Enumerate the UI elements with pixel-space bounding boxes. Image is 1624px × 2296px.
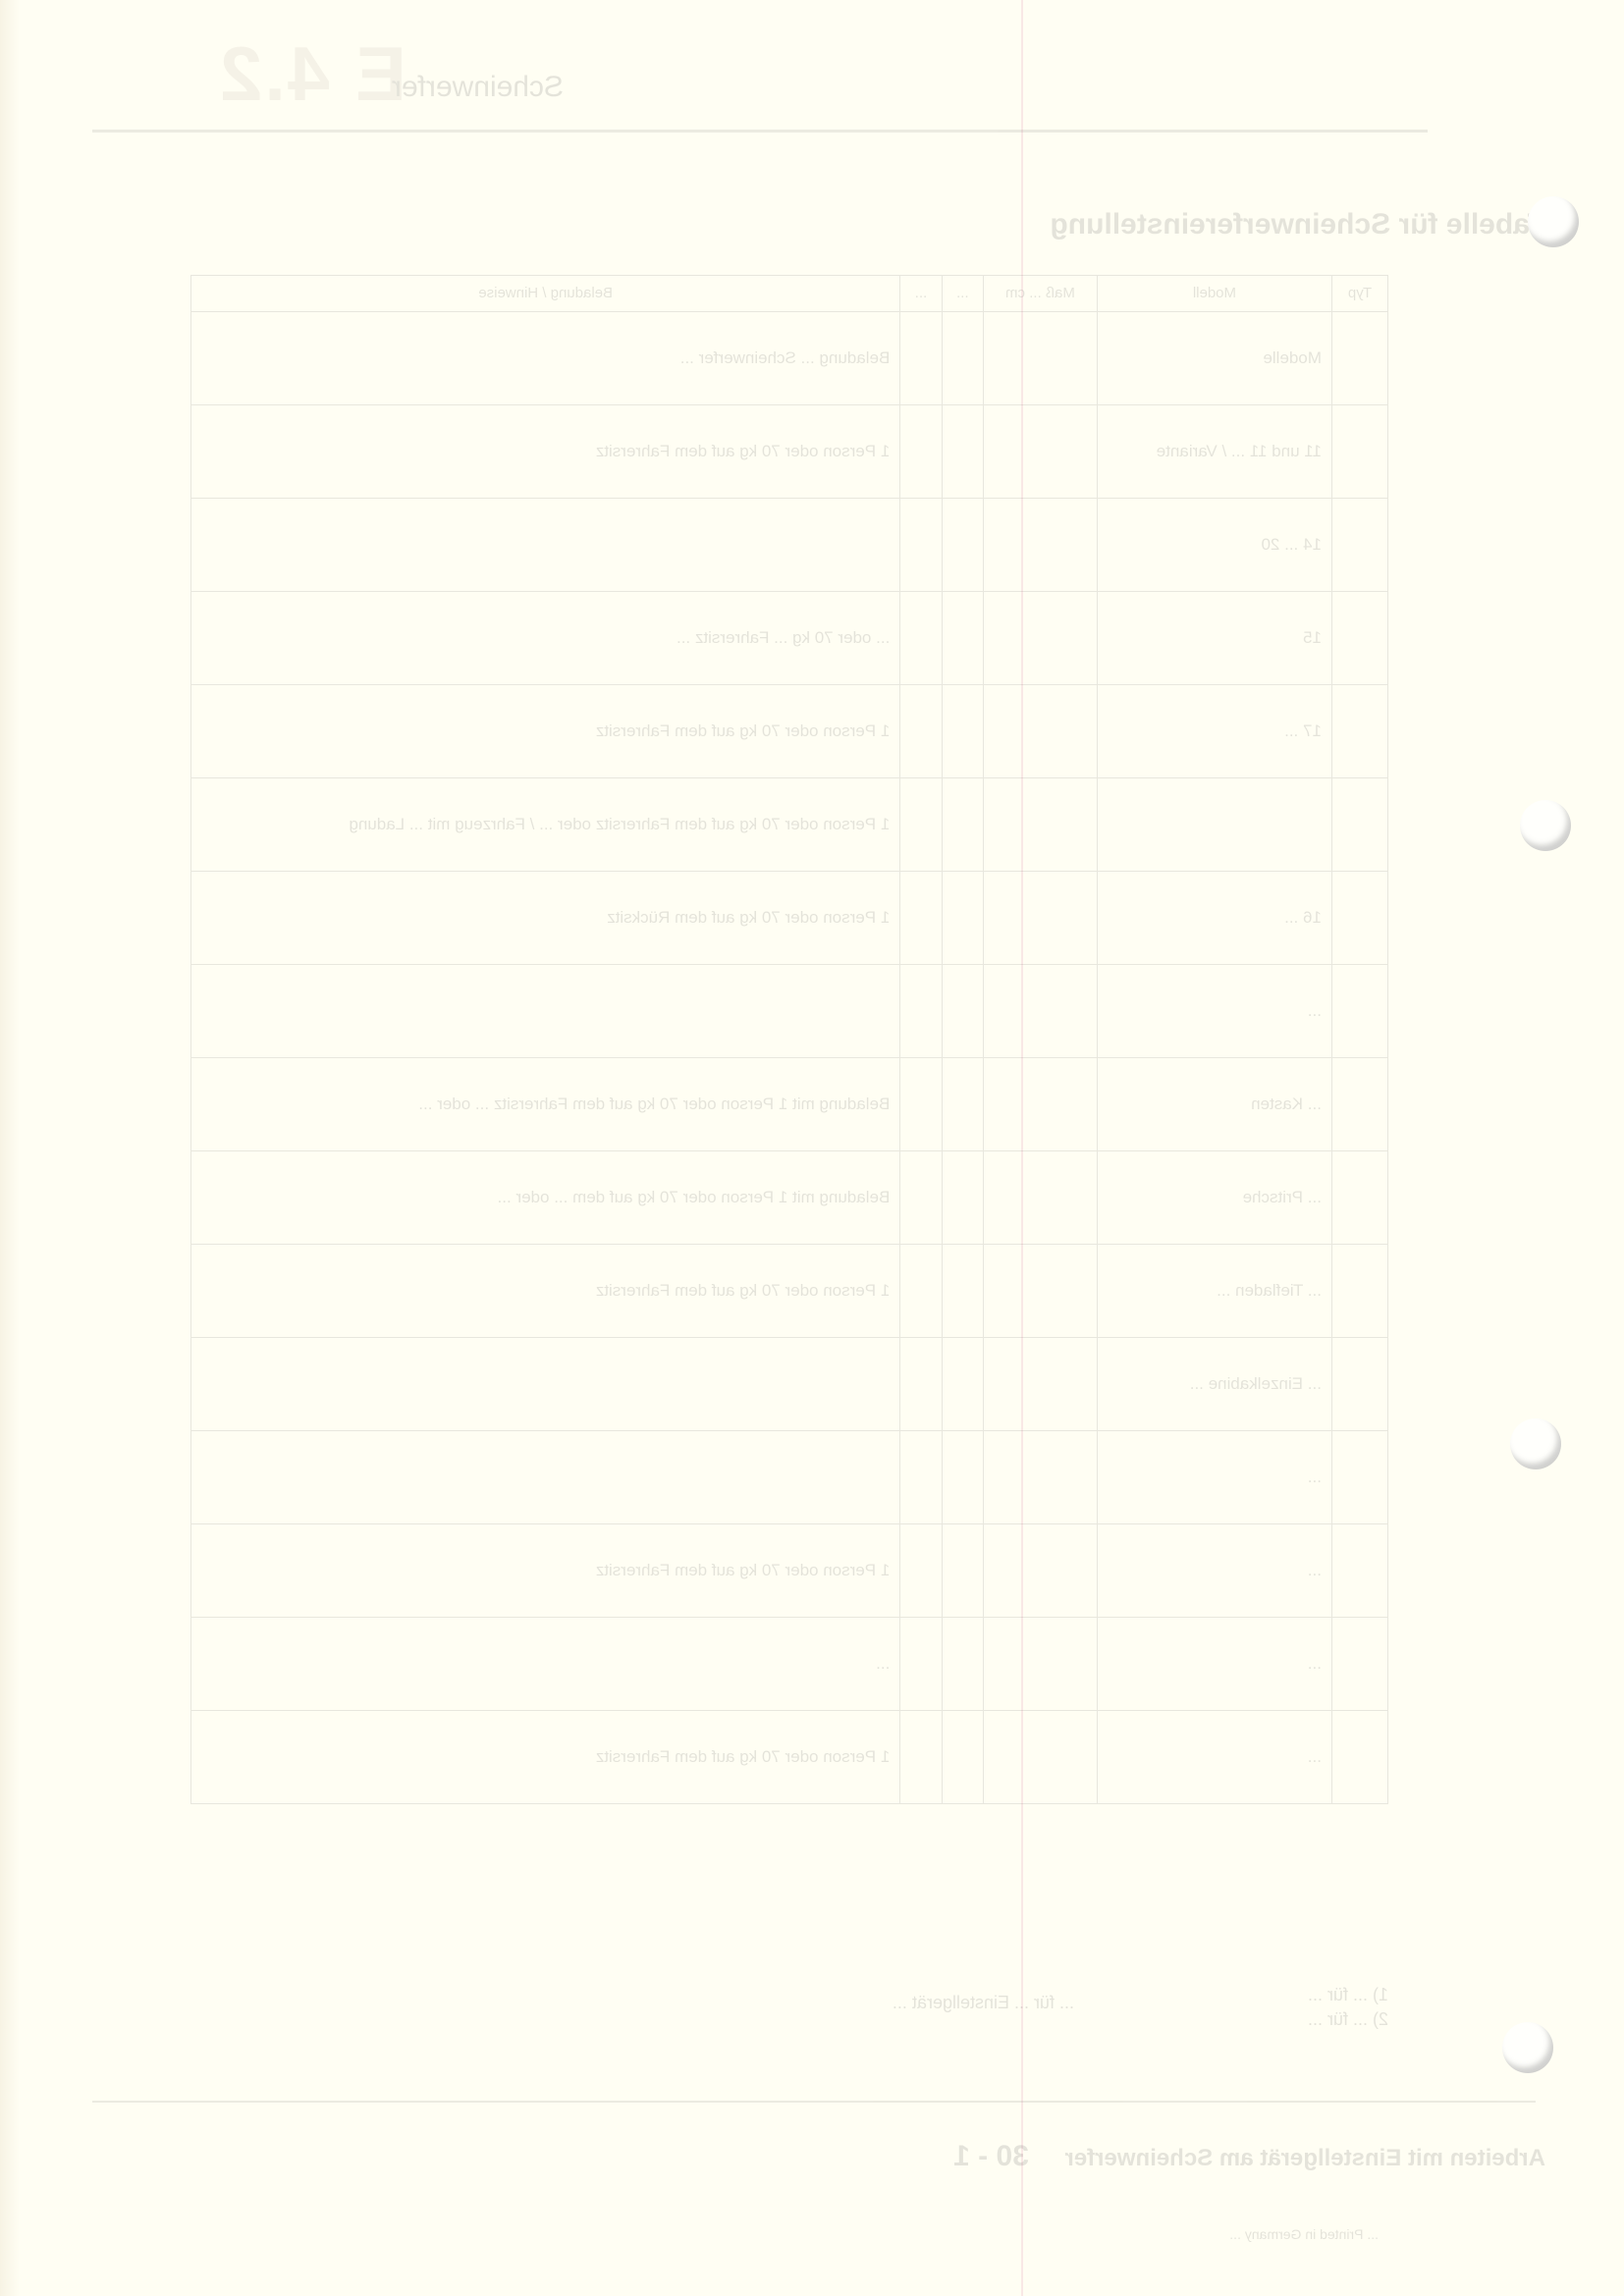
cell-modell: 16 ...: [1097, 872, 1331, 965]
table-row: ... KastenBeladung mit 1 Person oder 70 …: [191, 1058, 1388, 1151]
cell-hinweis: [191, 499, 900, 592]
cell-c: [900, 405, 942, 499]
table-row: ... Tiefladen ...1 Person oder 70 kg auf…: [191, 1245, 1388, 1338]
cell-mass: [983, 872, 1097, 965]
page-title: Tabelle für Scheinwerfereinstellung: [1050, 208, 1545, 241]
cell-mass: [983, 965, 1097, 1058]
cell-modell: ...: [1097, 1524, 1331, 1618]
cell-modell: 17 ...: [1097, 685, 1331, 778]
col-c: ...: [900, 276, 942, 312]
cell-mass: [983, 1524, 1097, 1618]
print-note: ... Printed in Germany ...: [1229, 2226, 1379, 2242]
cell-hinweis: 1 Person oder 70 kg auf dem Fahrersitz: [191, 405, 900, 499]
cell-modell: Modelle: [1097, 312, 1331, 405]
cell-b: [942, 1618, 983, 1711]
table-row: ...1 Person oder 70 kg auf dem Fahrersit…: [191, 1711, 1388, 1804]
table-row: ModelleBeladung ... Scheinwerfer ...: [191, 312, 1388, 405]
cell-typ: [1331, 685, 1387, 778]
table-row: 11 und 11 ... / Variante1 Person oder 70…: [191, 405, 1388, 499]
cell-c: [900, 778, 942, 872]
footnote: 2) ... für ...: [1308, 2007, 1388, 2032]
cell-typ: [1331, 965, 1387, 1058]
cell-c: [900, 872, 942, 965]
header-rule: [92, 130, 1428, 133]
cell-c: [900, 1245, 942, 1338]
table-row: ...: [191, 965, 1388, 1058]
cell-hinweis: Beladung mit 1 Person oder 70 kg auf dem…: [191, 1058, 900, 1151]
cell-hinweis: [191, 1431, 900, 1524]
cell-c: [900, 1524, 942, 1618]
cell-modell: 15: [1097, 592, 1331, 685]
cell-typ: [1331, 1711, 1387, 1804]
cell-mass: [983, 405, 1097, 499]
cell-b: [942, 685, 983, 778]
table-row: ... Einzelkabine ...: [191, 1338, 1388, 1431]
table-row: ... PritscheBeladung mit 1 Person oder 7…: [191, 1151, 1388, 1245]
footer-rule: [92, 2101, 1536, 2103]
cell-mass: [983, 685, 1097, 778]
table-row: ...: [191, 1431, 1388, 1524]
col-modell: Modell: [1097, 276, 1331, 312]
col-mass: Maß ... cm: [983, 276, 1097, 312]
cell-mass: [983, 1618, 1097, 1711]
cell-hinweis: 1 Person oder 70 kg auf dem Fahrersitz: [191, 685, 900, 778]
cell-typ: [1331, 1618, 1387, 1711]
cell-hinweis: Beladung mit 1 Person oder 70 kg auf dem…: [191, 1151, 900, 1245]
table-row: 14 ... 20: [191, 499, 1388, 592]
scanned-page: E 4.2 Scheinwerfer Tabelle für Scheinwer…: [0, 0, 1624, 2296]
cell-mass: [983, 1058, 1097, 1151]
cell-c: [900, 1151, 942, 1245]
cell-b: [942, 1338, 983, 1431]
cell-typ: [1331, 1058, 1387, 1151]
binder-hole: [1510, 1418, 1561, 1469]
cell-b: [942, 592, 983, 685]
cell-hinweis: 1 Person oder 70 kg auf dem Rücksitz: [191, 872, 900, 965]
cell-mass: [983, 1431, 1097, 1524]
cell-modell: ... Tiefladen ...: [1097, 1245, 1331, 1338]
cell-typ: [1331, 312, 1387, 405]
adjustment-table: Typ Modell Maß ... cm ... ... Beladung /…: [190, 275, 1388, 1804]
cell-hinweis: ... oder 70 kg ... Fahrersitz ...: [191, 592, 900, 685]
cell-b: [942, 1524, 983, 1618]
table-row: 1 Person oder 70 kg auf dem Fahrersitz o…: [191, 778, 1388, 872]
table-row: 17 ...1 Person oder 70 kg auf dem Fahrer…: [191, 685, 1388, 778]
cell-c: [900, 685, 942, 778]
footnotes: 1) ... für ... 2) ... für ...: [1308, 1983, 1388, 2032]
col-typ: Typ: [1331, 276, 1387, 312]
cell-hinweis: 1 Person oder 70 kg auf dem Fahrersitz: [191, 1524, 900, 1618]
table-row: ......: [191, 1618, 1388, 1711]
table-row: ...1 Person oder 70 kg auf dem Fahrersit…: [191, 1524, 1388, 1618]
cell-modell: 11 und 11 ... / Variante: [1097, 405, 1331, 499]
cell-mass: [983, 1245, 1097, 1338]
col-b: ...: [942, 276, 983, 312]
cell-b: [942, 872, 983, 965]
cell-typ: [1331, 1524, 1387, 1618]
cell-typ: [1331, 1151, 1387, 1245]
cell-typ: [1331, 872, 1387, 965]
cell-mass: [983, 592, 1097, 685]
cell-modell: ... Pritsche: [1097, 1151, 1331, 1245]
cell-typ: [1331, 1431, 1387, 1524]
footer-text: Arbeiten mit Einstellgerät am Scheinwerf…: [1065, 2145, 1545, 2171]
cell-b: [942, 1058, 983, 1151]
cell-c: [900, 1058, 942, 1151]
cell-b: [942, 1431, 983, 1524]
cell-typ: [1331, 405, 1387, 499]
table-body: ModelleBeladung ... Scheinwerfer ...11 u…: [191, 312, 1388, 1804]
cell-mass: [983, 1338, 1097, 1431]
cell-c: [900, 312, 942, 405]
chapter-number: E 4.2: [218, 29, 406, 119]
cell-modell: ...: [1097, 965, 1331, 1058]
cell-b: [942, 965, 983, 1058]
cell-b: [942, 1245, 983, 1338]
cell-b: [942, 778, 983, 872]
cell-c: [900, 965, 942, 1058]
cell-c: [900, 1431, 942, 1524]
cell-typ: [1331, 592, 1387, 685]
cell-typ: [1331, 1338, 1387, 1431]
page-number: 30 - 1: [953, 2140, 1029, 2172]
cell-modell: [1097, 778, 1331, 872]
page-footer: Arbeiten mit Einstellgerät am Scheinwerf…: [953, 2140, 1545, 2173]
cell-mass: [983, 1151, 1097, 1245]
cell-c: [900, 1338, 942, 1431]
cell-hinweis: 1 Person oder 70 kg auf dem Fahrersitz o…: [191, 778, 900, 872]
cell-c: [900, 1618, 942, 1711]
binder-hole: [1528, 196, 1579, 247]
cell-modell: ...: [1097, 1711, 1331, 1804]
cell-b: [942, 499, 983, 592]
table-row: 16 ...1 Person oder 70 kg auf dem Rücksi…: [191, 872, 1388, 965]
cell-mass: [983, 778, 1097, 872]
cell-mass: [983, 499, 1097, 592]
cell-mass: [983, 1711, 1097, 1804]
cell-c: [900, 592, 942, 685]
cell-modell: ...: [1097, 1431, 1331, 1524]
footnote: 1) ... für ...: [1308, 1983, 1388, 2007]
cell-hinweis: ...: [191, 1618, 900, 1711]
cell-c: [900, 1711, 942, 1804]
binder-hole: [1520, 800, 1571, 851]
cell-typ: [1331, 778, 1387, 872]
show-through-layer: E 4.2 Scheinwerfer Tabelle für Scheinwer…: [0, 0, 1624, 2296]
table-row: 15... oder 70 kg ... Fahrersitz ...: [191, 592, 1388, 685]
cell-b: [942, 1151, 983, 1245]
cell-b: [942, 405, 983, 499]
cell-modell: 14 ... 20: [1097, 499, 1331, 592]
cell-hinweis: Beladung ... Scheinwerfer ...: [191, 312, 900, 405]
cell-mass: [983, 312, 1097, 405]
cell-hinweis: [191, 1338, 900, 1431]
cell-typ: [1331, 1245, 1387, 1338]
cell-modell: ... Einzelkabine ...: [1097, 1338, 1331, 1431]
table-header-row: Typ Modell Maß ... cm ... ... Beladung /…: [191, 276, 1388, 312]
cell-hinweis: [191, 965, 900, 1058]
cell-hinweis: 1 Person oder 70 kg auf dem Fahrersitz: [191, 1245, 900, 1338]
cell-hinweis: 1 Person oder 70 kg auf dem Fahrersitz: [191, 1711, 900, 1804]
cell-b: [942, 312, 983, 405]
cell-c: [900, 499, 942, 592]
col-hinweis: Beladung / Hinweise: [191, 276, 900, 312]
footnote-right: ... für ... Einstellgerät ...: [893, 1993, 1074, 2013]
section-title: Scheinwerfer: [392, 71, 564, 104]
cell-modell: ... Kasten: [1097, 1058, 1331, 1151]
binder-hole: [1502, 2022, 1553, 2073]
cell-b: [942, 1711, 983, 1804]
cell-typ: [1331, 499, 1387, 592]
cell-modell: ...: [1097, 1618, 1331, 1711]
